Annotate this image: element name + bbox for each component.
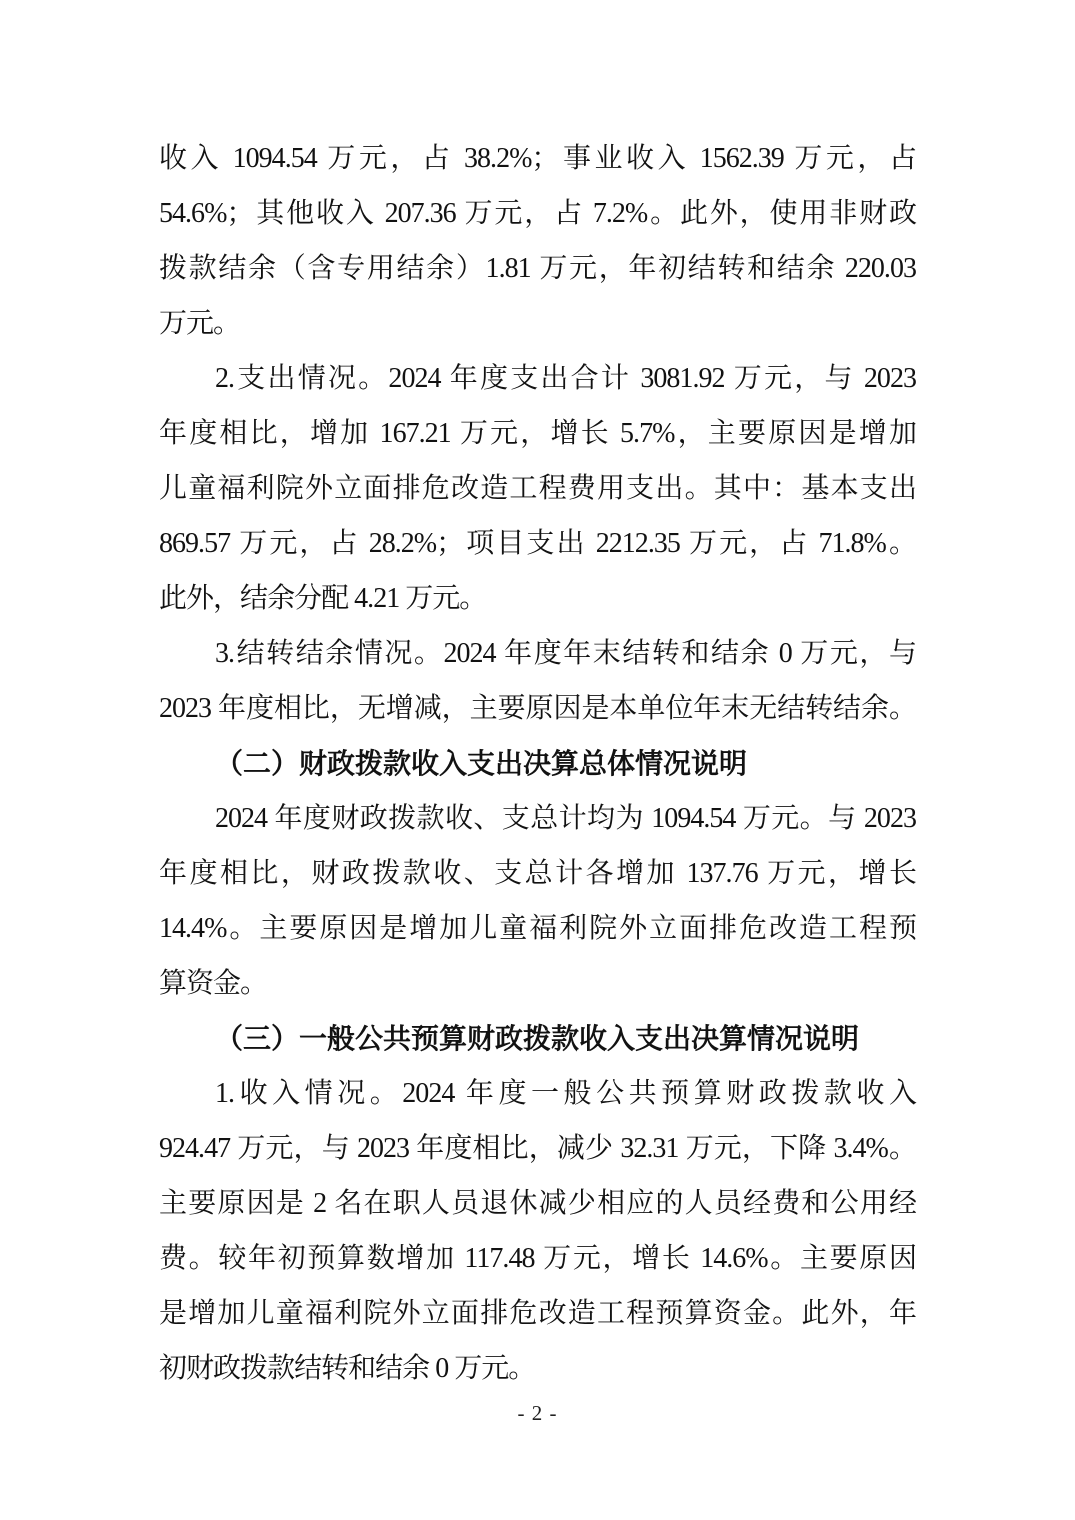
paragraph: 收入 1094.54 万元，占 38.2%；事业收入 1562.39 万元，占5… — [159, 131, 916, 351]
paragraph: 2.支出情况。2024 年度支出合计 3081.92 万元，与 2023年度相比… — [159, 351, 916, 626]
text-line: 924.47 万元，与 2023 年度相比，减少 32.31 万元，下降 3.4… — [159, 1121, 916, 1176]
text-line: （三）一般公共预算财政拨款收入支出决算情况说明 — [159, 1011, 916, 1066]
text-line: 收入 1094.54 万元，占 38.2%；事业收入 1562.39 万元，占 — [159, 131, 916, 186]
text-line: 869.57 万元，占 28.2%；项目支出 2212.35 万元，占 71.8… — [159, 516, 916, 571]
text-line: （二）财政拨款收入支出决算总体情况说明 — [159, 736, 916, 791]
paragraph: 1.收入情况。2024 年度一般公共预算财政拨款收入924.47 万元，与 20… — [159, 1066, 916, 1396]
text-line: 年度相比，财政拨款收、支总计各增加 137.76 万元，增长 — [159, 846, 916, 901]
section-heading: （三）一般公共预算财政拨款收入支出决算情况说明 — [159, 1011, 916, 1066]
text-line: 2.支出情况。2024 年度支出合计 3081.92 万元，与 2023 — [159, 351, 916, 406]
text-line: 2023 年度相比，无增减，主要原因是本单位年末无结转结余。 — [159, 681, 916, 736]
document-body: 收入 1094.54 万元，占 38.2%；事业收入 1562.39 万元，占5… — [159, 131, 916, 1396]
text-line: 14.4%。主要原因是增加儿童福利院外立面排危改造工程预 — [159, 901, 916, 956]
text-line: 54.6%；其他收入 207.36 万元，占 7.2%。此外，使用非财政 — [159, 186, 916, 241]
text-line: 此外，结余分配 4.21 万元。 — [159, 571, 916, 626]
section-heading: （二）财政拨款收入支出决算总体情况说明 — [159, 736, 916, 791]
paragraph: 3.结转结余情况。2024 年度年末结转和结余 0 万元，与2023 年度相比，… — [159, 626, 916, 736]
text-line: 儿童福利院外立面排危改造工程费用支出。其中：基本支出 — [159, 461, 916, 516]
text-line: 2024 年度财政拨款收、支总计均为 1094.54 万元。与 2023 — [159, 791, 916, 846]
text-line: 年度相比，增加 167.21 万元，增长 5.7%，主要原因是增加 — [159, 406, 916, 461]
text-line: 主要原因是 2 名在职人员退休减少相应的人员经费和公用经 — [159, 1176, 916, 1231]
text-line: 万元。 — [159, 296, 916, 351]
paragraph: 2024 年度财政拨款收、支总计均为 1094.54 万元。与 2023年度相比… — [159, 791, 916, 1011]
page-number: - 2 - — [0, 1398, 1075, 1428]
text-line: 初财政拨款结转和结余 0 万元。 — [159, 1341, 916, 1396]
text-line: 1.收入情况。2024 年度一般公共预算财政拨款收入 — [159, 1066, 916, 1121]
document-page: { "document": { "text_color": "#121212",… — [0, 0, 1075, 1520]
text-line: 拨款结余（含专用结余）1.81 万元，年初结转和结余 220.03 — [159, 241, 916, 296]
text-line: 费。较年初预算数增加 117.48 万元，增长 14.6%。主要原因 — [159, 1231, 916, 1286]
text-line: 算资金。 — [159, 956, 916, 1011]
text-line: 是增加儿童福利院外立面排危改造工程预算资金。此外，年 — [159, 1286, 916, 1341]
text-line: 3.结转结余情况。2024 年度年末结转和结余 0 万元，与 — [159, 626, 916, 681]
